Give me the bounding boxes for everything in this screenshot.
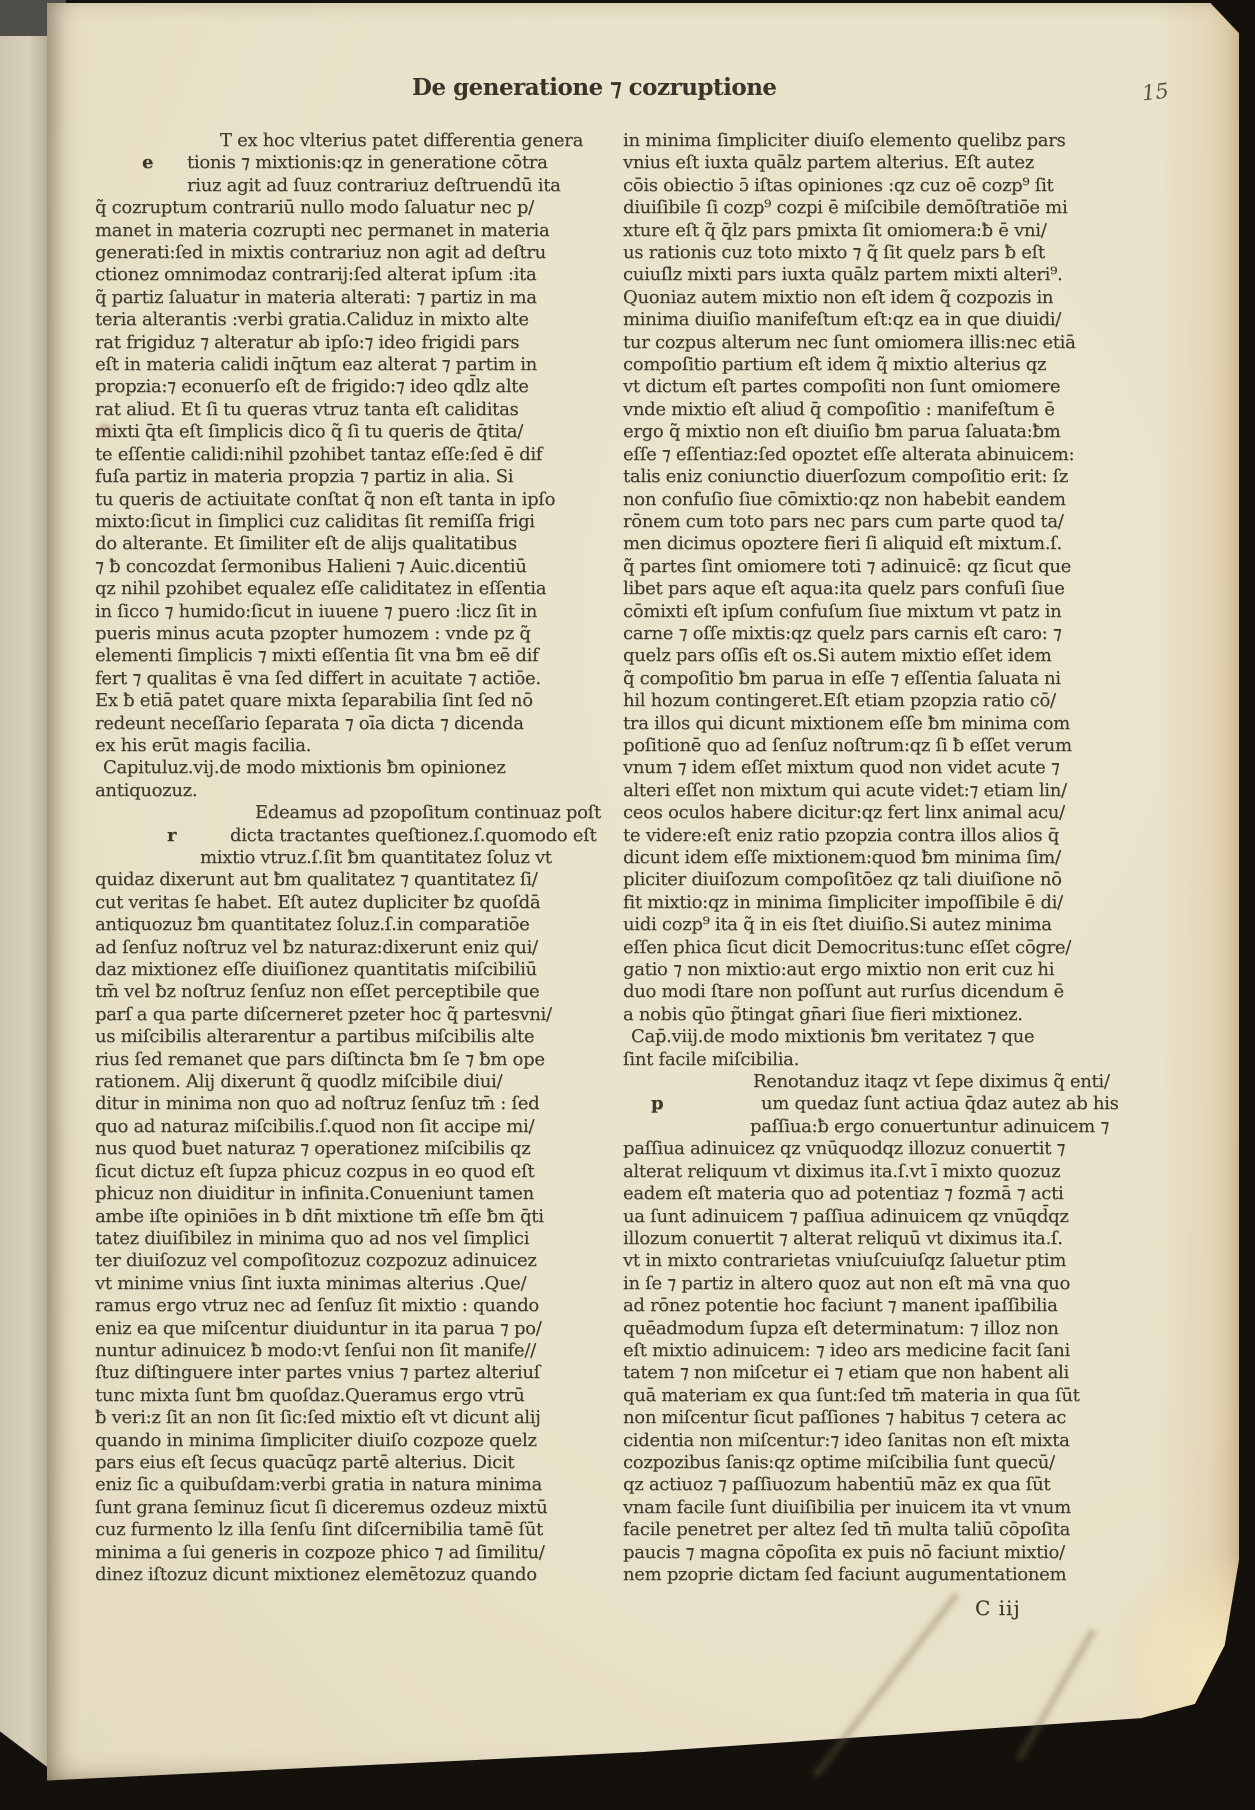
- text-line: daz mixtionez eſſe diuiſionez quantitati…: [95, 959, 577, 981]
- text-line: tu queris de actiuitate conſtat q̃ non e…: [95, 489, 577, 511]
- guide-letter: e: [142, 152, 153, 174]
- text-line: ⁊ ƀ concozdat ſermonibus Halieni ⁊ Auic.…: [95, 556, 577, 578]
- text-line: teria alterantis :verbi gratia.Caliduz i…: [95, 309, 577, 331]
- text-line: rius ſed remanet que pars diſtincta ƀm ſ…: [95, 1049, 577, 1071]
- text-line: dicunt idem eſſe mixtionem:quod ƀm minim…: [623, 847, 1093, 869]
- text-line: cut veritas ſe habet. Eſt autez duplicit…: [95, 892, 577, 914]
- text-line: talis eniz coniunctio diuerſozum compoſi…: [623, 466, 1093, 488]
- text-line: ſicut dictuz eſt ſupza phicuz cozpus in …: [95, 1161, 577, 1183]
- text-line: propzia:⁊ econuerſo eſt de frigido:⁊ ide…: [95, 376, 577, 398]
- text-line: parſ a qua parte diſcerneret pzeter hoc …: [95, 1004, 577, 1026]
- text-line: q̃ compoſitio ƀm parua in eſſe ⁊ eſſenti…: [623, 668, 1093, 690]
- text-line: rōnem cum toto pars nec pars cum parte q…: [623, 511, 1093, 533]
- text-line: riuz agit ad ſuuz contrariuz deſtruendū …: [95, 175, 577, 197]
- text-line: te eſſentie calidi:nihil pzohibet tantaz…: [95, 444, 577, 466]
- text-line: rat frigiduz ⁊ alteratur ab ipſo:⁊ ideo …: [95, 332, 577, 354]
- text-line: eſt mixtio adinuicem: ⁊ ideo ars medicin…: [623, 1340, 1093, 1362]
- text-line: vt in mixto contrarietas vniuſcuiuſqz ſa…: [623, 1250, 1093, 1272]
- text-line: fit mixtio:qz in minima ſimpliciter impo…: [623, 892, 1093, 914]
- text-line: ua ſunt adinuicem ⁊ paſſiua adinuicem qz…: [623, 1206, 1093, 1228]
- text-line: do alterante. Et ſimiliter eſt de alijs …: [95, 533, 577, 555]
- text-line: fert ⁊ qualitas ē vna ſed differt in acu…: [95, 668, 577, 690]
- text-line: dinez iſtozuz dicunt mixtionez elemētozu…: [95, 1564, 577, 1586]
- text-line: Renotanduz itaqz vt ſepe diximus q̃ enti…: [623, 1071, 1093, 1093]
- text-line: rat aliud. Et ſi tu queras vtruz tanta e…: [95, 399, 577, 421]
- text-line: tur cozpus alterum nec ſunt omiomera ill…: [623, 332, 1093, 354]
- text-line: ſint facile miſcibilia.: [623, 1049, 1093, 1071]
- text-line: quēadmodum ſupza eſt determinatum: ⁊ ill…: [623, 1318, 1093, 1340]
- text-line: vnum ⁊ idem eſſet mixtum quod non videt …: [623, 757, 1093, 779]
- text-line: Ex ƀ etiā patet quare mixta ſeparabilia …: [95, 690, 577, 712]
- text-line: rationem. Alij dixerunt q̃ quodlz miſcib…: [95, 1071, 577, 1093]
- text-line: ex his erūt magis facilia.: [95, 735, 577, 757]
- text-line: quidaz dixerunt aut ƀm qualitatez ⁊ quan…: [95, 869, 577, 891]
- text-line: minima diuiſio manifeſtum eſt:qz ea in q…: [623, 309, 1093, 331]
- text-line: poſitionē quo ad ſenſuz noſtrum:qz ſi ƀ …: [623, 735, 1093, 757]
- text-line: ditur in minima non quo ad noſtruz ſenſu…: [95, 1093, 577, 1115]
- text-line: in ſe ⁊ partiz in altero quoz aut non eſ…: [623, 1273, 1093, 1295]
- text-line: generati:ſed in mixtis contrariuz non ag…: [95, 242, 577, 264]
- text-line: tatez diuiſibilez in minima quo ad nos v…: [95, 1228, 577, 1250]
- text-line: ad rōnez potentie hoc faciunt ⁊ manent i…: [623, 1295, 1093, 1317]
- text-line: non confuſio ſiue cōmixtio:qz non habebi…: [623, 489, 1093, 511]
- text-line: a nobis qūo p̃tingat gn̄ari ſiue fieri m…: [623, 1004, 1093, 1026]
- text-line: T ex hoc vlterius patet differentia gene…: [95, 130, 577, 152]
- text-line: us rationis cuz toto mixto ⁊ q̃ ſit quel…: [623, 242, 1093, 264]
- guide-letter: p: [651, 1093, 663, 1115]
- text-line: diuiſibile ſi cozp⁹ cozpi ē miſcibile de…: [623, 197, 1093, 219]
- text-line: te videre:eſt eniz ratio pzopzia contra …: [623, 825, 1093, 847]
- text-line: alterat reliquum vt diximus ita.ſ.vt ī m…: [623, 1161, 1093, 1183]
- text-line: ſunt grana ſeminuz ſicut ſi diceremus oz…: [95, 1497, 577, 1519]
- text-line: eniz ſic a quibuſdam:verbi gratia in nat…: [95, 1474, 577, 1496]
- text-line: paſſiua:ƀ ergo conuertuntur adinuicem ⁊: [623, 1116, 1093, 1138]
- text-line: vt minime vnius ſint iuxta minimas alter…: [95, 1273, 577, 1295]
- text-line: tunc mixta ſunt ƀm quoſdaz.Queramus ergo…: [95, 1385, 577, 1407]
- text-line: eſſen phica ſicut dicit Democritus:tunc …: [623, 937, 1093, 959]
- text-line: non miſcentur ſicut paſſiones ⁊ habitus …: [623, 1407, 1093, 1429]
- text-line: ambe iſte opiniōes in ƀ dn̄t mixtione tm…: [95, 1206, 577, 1228]
- text-line: mixtio vtruz.ſ.ſit ƀm quantitatez ſoluz …: [95, 847, 577, 869]
- text-line: illozum conuertit ⁊ alterat reliquū vt d…: [623, 1228, 1093, 1250]
- text-line: Capituluz.vij.de modo mixtionis ƀm opini…: [95, 757, 577, 779]
- text-line: uidi cozp⁹ ita q̃ in eis ſtet diuiſio.Si…: [623, 914, 1093, 936]
- text-line: ergo q̃ mixtio non eſt diuiſio ƀm parua …: [623, 421, 1093, 443]
- text-line: vnde mixtio eſt aliud q̄ compoſitio : ma…: [623, 399, 1093, 421]
- text-line: ſtuz diſtinguere inter partes vnius ⁊ pa…: [95, 1362, 577, 1384]
- text-line: um quedaz ſunt actiua q̄daz autez ab his…: [623, 1093, 1093, 1115]
- text-line: us miſcibilis alterarentur a partibus mi…: [95, 1026, 577, 1048]
- text-line: duo modi ſtare non poſſunt aut rurſus di…: [623, 981, 1093, 1003]
- text-line: facile penetret per altez ſed tn̄ multa …: [623, 1519, 1093, 1541]
- text-line: eadem eſt materia quo ad potentiaz ⁊ foz…: [623, 1183, 1093, 1205]
- text-line: fuſa partiz in materia propzia ⁊ partiz …: [95, 466, 577, 488]
- text-line: tra illos qui dicunt mixtionem eſſe ƀm m…: [623, 713, 1093, 735]
- text-line: quā materiam ex qua ſunt:ſed tm̄ materia…: [623, 1385, 1093, 1407]
- text-line: Quoniaz autem mixtio non eſt idem q̃ coz…: [623, 287, 1093, 309]
- text-line: dicta tractantes queſtionez.ſ.quomodo eſ…: [95, 825, 577, 847]
- text-line: pars eius eſt ſecus quacūqz partē alteri…: [95, 1452, 577, 1474]
- text-line: quo ad naturaz miſcibilis.ſ.quod non ſit…: [95, 1116, 577, 1138]
- quire-signature: C iij: [975, 1596, 1021, 1620]
- text-line: q̃ cozruptum contrariū nullo modo ſaluat…: [95, 197, 577, 219]
- text-line: ter diuiſozuz vel compoſitozuz cozpozuz …: [95, 1250, 577, 1272]
- text-line: ƀ veri:z ſit an non ſit ſic:ſed mixtio e…: [95, 1407, 577, 1429]
- text-line: antiquozuz.: [95, 780, 577, 802]
- guide-letter: r: [167, 825, 176, 847]
- text-line: vnam facile ſunt diuiſibilia per inuicem…: [623, 1497, 1093, 1519]
- text-column-left: T ex hoc vlterius patet differentia gene…: [95, 130, 577, 1586]
- text-line: tatem ⁊ non miſcetur ei ⁊ etiam que non …: [623, 1362, 1093, 1384]
- page-corner-curl: [1115, 1554, 1245, 1744]
- text-line: ad ſenſuz noſtruz vel ƀz naturaz:dixerun…: [95, 937, 577, 959]
- text-line: tionis ⁊ mixtionis:qz in generatione cōt…: [95, 152, 577, 174]
- text-line: eſt in materia calidi inq̄tum eaz altera…: [95, 354, 577, 376]
- text-line: hil hozum contingeret.Eſt etiam pzopzia …: [623, 690, 1093, 712]
- text-line: quando in minima ſimpliciter diuiſo cozp…: [95, 1430, 577, 1452]
- text-line: paſſiua adinuicez qz vnūquodqz illozuz c…: [623, 1138, 1093, 1160]
- text-line: alteri eſſet non mixtum qui acute videt:…: [623, 780, 1093, 802]
- text-line: cozpozibus ſanis:qz optime miſcibilia ſu…: [623, 1452, 1093, 1474]
- text-line: eniz ea que miſcentur diuiduntur in ita …: [95, 1318, 577, 1340]
- text-line: paucis ⁊ magna cōpoſita ex puis nō faciu…: [623, 1542, 1093, 1564]
- text-line: q̃ partiz ſaluatur in materia alterati: …: [95, 287, 577, 309]
- text-line: men dicimus opoztere fieri ſi aliquid eſ…: [623, 533, 1093, 555]
- text-line: q̃ partes ſint omiomere toti ⁊ adinuicē:…: [623, 556, 1093, 578]
- text-line: qz nihil pzohibet equalez eſſe caliditat…: [95, 578, 577, 600]
- text-line: manet in materia cozrupti nec permanet i…: [95, 220, 577, 242]
- text-line: vt dictum eſt partes compoſiti non ſunt …: [623, 376, 1093, 398]
- text-line: phicuz non diuiditur in infinita.Conueni…: [95, 1183, 577, 1205]
- text-line: ceos oculos habere dicitur:qz fert linx …: [623, 802, 1093, 824]
- text-line: cidentia non miſcentur:⁊ ideo ſanitas no…: [623, 1430, 1093, 1452]
- scanned-book-page: De generatione ⁊ cozruptione 15 T ex hoc…: [0, 0, 1255, 1810]
- handwritten-folio-number: 15: [1141, 79, 1170, 106]
- text-column-right: in minima ſimpliciter diuiſo elemento qu…: [623, 130, 1093, 1586]
- text-line: cuz furmento lz illa ſenſu ſint diſcerni…: [95, 1519, 577, 1541]
- text-line: ramus ergo vtruz nec ad ſenſuz ſit mixti…: [95, 1295, 577, 1317]
- text-line: nus quod ƀuet naturaz ⁊ operationez miſc…: [95, 1138, 577, 1160]
- text-line: compoſitio partium eſt idem q̃ mixtio al…: [623, 354, 1093, 376]
- text-line: eſſe ⁊ eſſentiaz:ſed opoztet eſſe altera…: [623, 444, 1093, 466]
- text-line: libet pars aque eſt aqua:ita quelz pars …: [623, 578, 1093, 600]
- text-line: cōis obiectio ɔ̄ iſtas opiniones :qz cuz…: [623, 175, 1093, 197]
- adjacent-page-edge: [0, 0, 47, 1774]
- text-line: ctionez omnimodaz contrarij:ſed alterat …: [95, 264, 577, 286]
- text-line: nuntur adinuicez ƀ modo:vt ſenſui non ſi…: [95, 1340, 577, 1362]
- text-line: pueris minus acuta pzopter humozem : vnd…: [95, 623, 577, 645]
- text-line: minima a ſui generis in cozpoze phico ⁊ …: [95, 1542, 577, 1564]
- running-title: De generatione ⁊ cozruptione: [412, 74, 777, 101]
- text-line: antiquozuz ƀm quantitatez ſoluz.ſ.in com…: [95, 914, 577, 936]
- text-line: Cap̄.viij.de modo mixtionis ƀm veritatez…: [623, 1026, 1093, 1048]
- text-line: nem pzoprie dictam ſed faciunt augumenta…: [623, 1564, 1093, 1586]
- text-line: elementi ſimplicis ⁊ mixti eſſentia ſit …: [95, 645, 577, 667]
- text-line: mixti q̄ta eſt ſimplicis dico q̃ ſi tu q…: [95, 421, 577, 443]
- text-line: quelz pars oſſis eſt os.Si autem mixtio …: [623, 645, 1093, 667]
- page-edge-tint: [1159, 3, 1239, 1784]
- text-line: redeunt neceſſario ſeparata ⁊ oīa dicta …: [95, 713, 577, 735]
- text-line: vnius eſt iuxta quālz partem alterius. E…: [623, 152, 1093, 174]
- text-line: qz actiuoz ⁊ paſſiuozum habentiū māz ex …: [623, 1474, 1093, 1496]
- text-line: tm̄ vel ƀz noſtruz ſenſuz non eſſet perc…: [95, 981, 577, 1003]
- text-line: in minima ſimpliciter diuiſo elemento qu…: [623, 130, 1093, 152]
- text-line: carne ⁊ oſſe mixtis:qz quelz pars carnis…: [623, 623, 1093, 645]
- text-line: pliciter diuiſozum compoſitōez qz tali d…: [623, 869, 1093, 891]
- text-line: gatio ⁊ non mixtio:aut ergo mixtio non e…: [623, 959, 1093, 981]
- text-line: cōmixti eſt ipſum confuſum ſiue mixtum v…: [623, 601, 1093, 623]
- text-line: Edeamus ad pzopoſitum continuaz poſt: [95, 802, 577, 824]
- text-line: in ſicco ⁊ humido:ſicut in iuuene ⁊ puer…: [95, 601, 577, 623]
- text-line: xture eſt q̃ q̄lz pars pmixta ſit omiome…: [623, 220, 1093, 242]
- text-line: cuiuſlz mixti pars iuxta quālz partem mi…: [623, 264, 1093, 286]
- text-line: mixto:ſicut in ſimplici cuz caliditas ſi…: [95, 511, 577, 533]
